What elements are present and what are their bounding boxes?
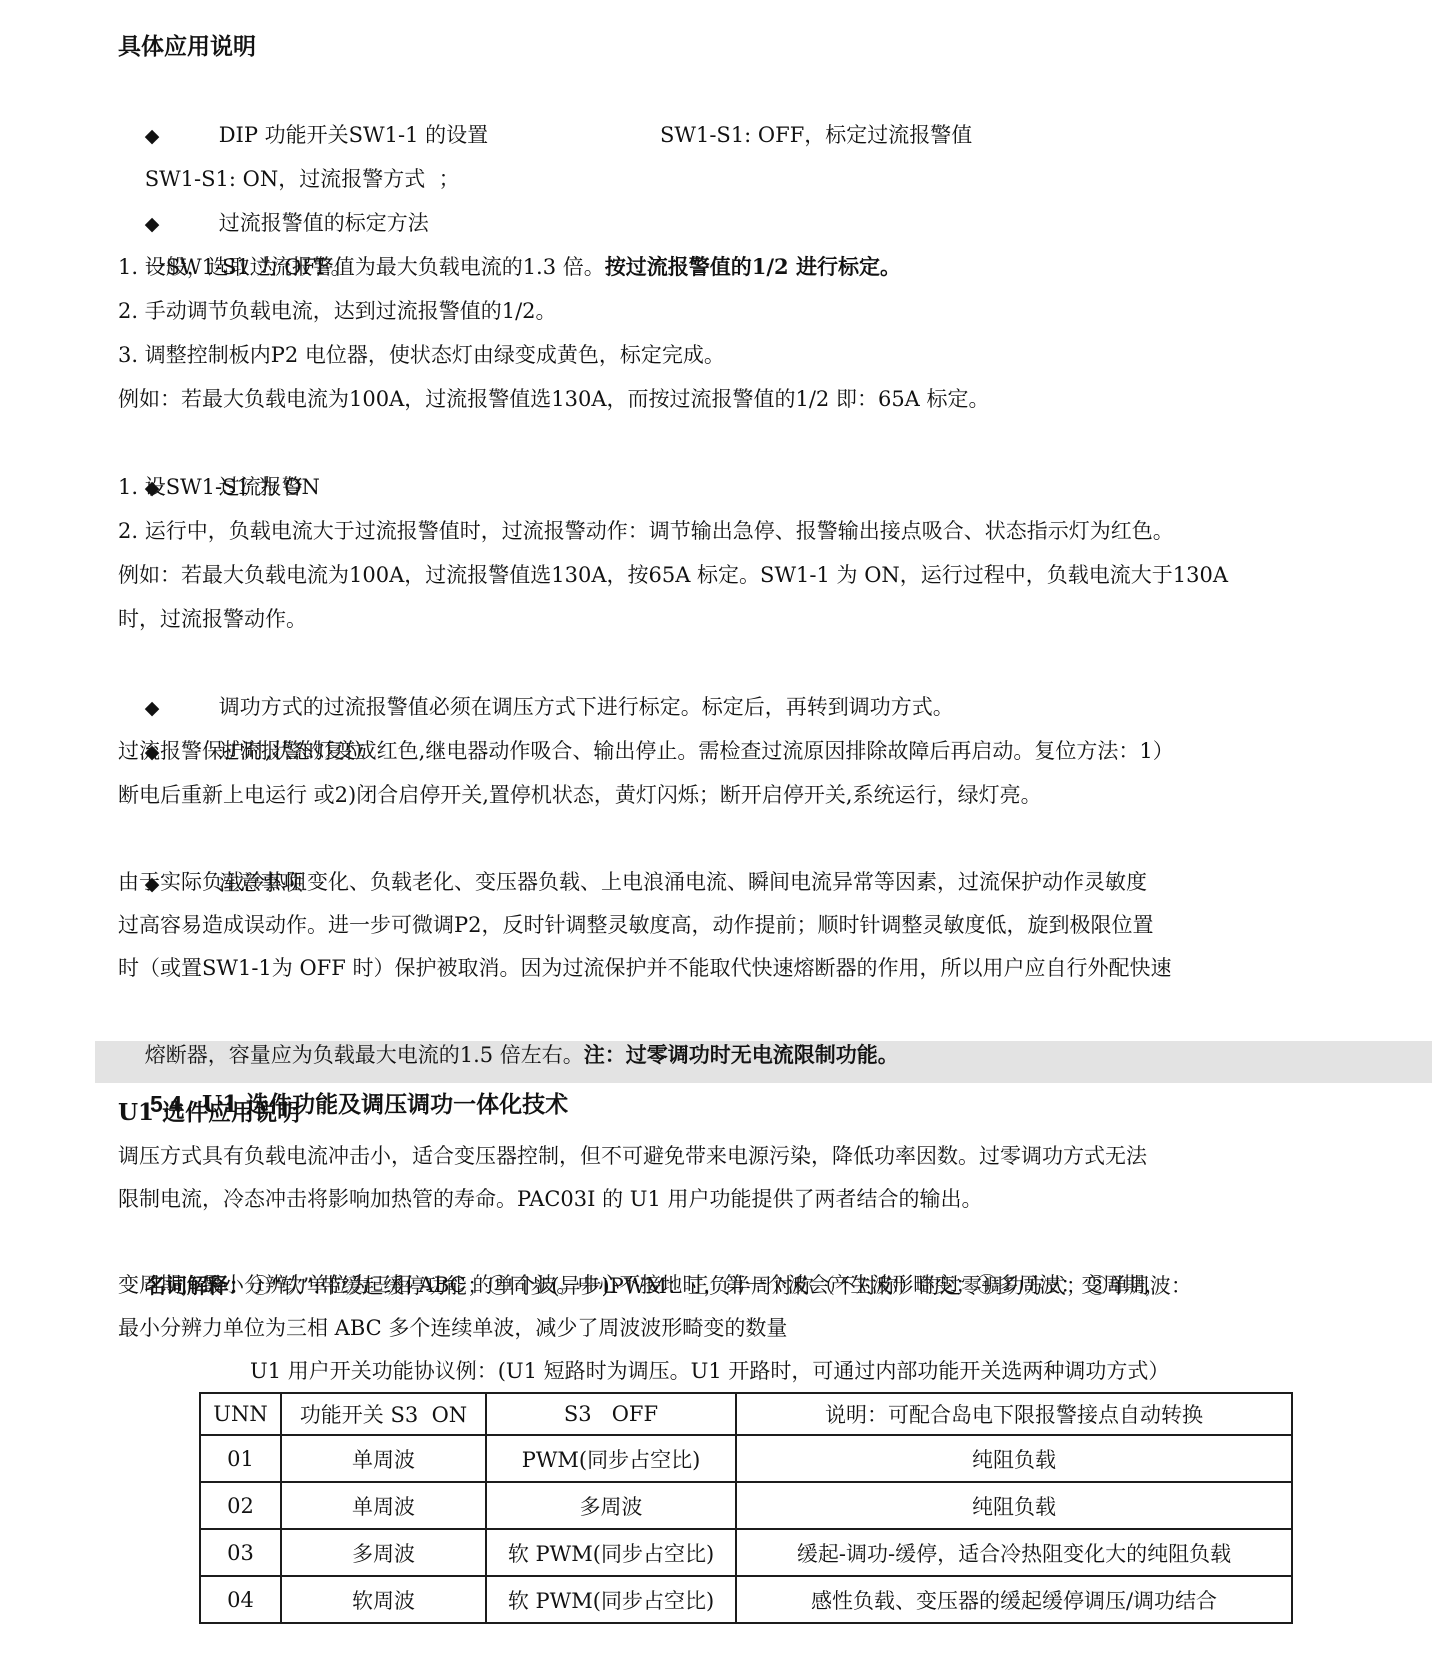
table-cell: 感性负载、变压器的缓起缓停调压/调功结合 <box>736 1576 1292 1623</box>
glossary-line-3: 最小分辨力单位为三相 ABC 多个连续单波，减少了周波波形畸变的数量 <box>118 1307 1332 1350</box>
reset-line-1: 过流报警保护时,状态灯变成红色,继电器动作吸合、输出停止。需检查过流原因排除故障… <box>118 729 1332 773</box>
u1-intro-line-2: 限制电流，冷态冲击将影响加热管的寿命。PAC03I 的 U1 用户功能提供了两者… <box>118 1178 1332 1221</box>
calibration-example: 例如：若最大负载电流为100A，过流报警值选130A，而按过流报警值的1/2 即… <box>118 377 1332 421</box>
bullet-item-dip: ◆DIP 功能开关SW1-1 的设置 <box>118 69 1332 113</box>
table-row: 01 单周波 PWM(同步占空比) 纯阻负载 <box>200 1435 1292 1482</box>
caution-line-4: 熔断器，容量应为负载最大电流的1.5 倍左右。注：过零调功时无电流限制功能。 <box>118 990 1332 1033</box>
calibration-step-2: 2. 手动调节负载电流，达到过流报警值的1/2。 <box>118 289 1332 333</box>
table-row: 04 软周波 软 PWM(同步占空比) 感性负载、变压器的缓起缓停调压/调功结合 <box>200 1576 1292 1623</box>
table-cell: 单周波 <box>281 1482 486 1529</box>
table-header-cell: UNN <box>200 1393 281 1435</box>
glossary-line-2: 变周期，最小分辨力单位为三相 ABC 的单个波。中心不接地时，第一个波会产生波形… <box>118 1264 1332 1307</box>
table-cell: 03 <box>200 1529 281 1576</box>
table-row: 02 单周波 多周波 纯阻负载 <box>200 1482 1292 1529</box>
sw-setting-row: SW1-S1: ON，过流报警方式 ； SW1-S1: OFF，标定过流报警值 <box>118 113 1332 157</box>
table-header-cell: S3 OFF <box>486 1393 736 1435</box>
table-header-cell: 说明：可配合岛电下限报警接点自动转换 <box>736 1393 1292 1435</box>
caution-line-1: 由于实际负载冷热阻变化、负载老化、变压器负载、上电浪涌电流、瞬间电流异常等因素，… <box>118 861 1332 904</box>
table-cell: 软周波 <box>281 1576 486 1623</box>
table-cell: 04 <box>200 1576 281 1623</box>
reset-line-2: 断电后重新上电运行 或2)闭合启停开关,置停机状态，黄灯闪烁；断开启停开关,系统… <box>118 773 1332 817</box>
u1-function-table: UNN 功能开关 S3 ON S3 OFF 说明：可配合岛电下限报警接点自动转换… <box>199 1392 1293 1624</box>
table-cell: 02 <box>200 1482 281 1529</box>
alarm-step-1: 1. 设SW1-S1 为 ON <box>118 465 1332 509</box>
table-cell: 纯阻负载 <box>736 1482 1292 1529</box>
table-cell: 单周波 <box>281 1435 486 1482</box>
table-cell: 软 PWM(同步占空比) <box>486 1529 736 1576</box>
document-page: 具体应用说明 ◆DIP 功能开关SW1-1 的设置 SW1-S1: ON，过流报… <box>0 0 1432 1680</box>
bullet-item-alarm: ◆过流报警 <box>118 421 1332 465</box>
bullet-item-calibration: ◆过流报警值的标定方法 <box>118 157 1332 201</box>
calibration-step-1: 1. 设SW1-S1 为 OFF。 <box>118 245 1332 289</box>
alarm-step-2: 2. 运行中，负载电流大于过流报警值时，过流报警动作：调节输出急停、报警输出接点… <box>118 509 1332 553</box>
calibration-step-3: 3. 调整控制板内P2 电位器，使状态灯由绿变成黄色，标定完成。 <box>118 333 1332 377</box>
calibration-intro: 一般，选取过流报警值为最大负载电流的1.3 倍。按过流报警值的1/2 进行标定。 <box>118 201 1332 245</box>
sw-off-text: SW1-S1: OFF，标定过流报警值 <box>660 113 972 157</box>
caution-line-2: 过高容易造成误动作。进一步可微调P2，反时针调整灵敏度高，动作提前；顺时针调整灵… <box>118 904 1332 947</box>
alarm-example-line-2: 时，过流报警动作。 <box>118 597 1332 641</box>
table-header-cell: 功能开关 S3 ON <box>281 1393 486 1435</box>
table-cell: 01 <box>200 1435 281 1482</box>
table-header-row: UNN 功能开关 S3 ON S3 OFF 说明：可配合岛电下限报警接点自动转换 <box>200 1393 1292 1435</box>
bullet-item-reset: ◆过流报警的复位 <box>118 685 1332 729</box>
caution-normal-text: 熔断器，容量应为负载最大电流的1.5 倍左右。 <box>145 1043 584 1067</box>
table-cell: 缓起-调功-缓停，适合冷热阻变化大的纯阻负载 <box>736 1529 1292 1576</box>
table-cell: 纯阻负载 <box>736 1435 1292 1482</box>
table-cell: 多周波 <box>486 1482 736 1529</box>
alarm-example-line-1: 例如：若最大负载电流为100A，过流报警值选130A，按65A 标定。SW1-1… <box>118 553 1332 597</box>
table-cell: 软 PWM(同步占空比) <box>486 1576 736 1623</box>
table-row: 03 多周波 软 PWM(同步占空比) 缓起-调功-缓停，适合冷热阻变化大的纯阻… <box>200 1529 1292 1576</box>
table-caption: U1 用户开关功能协议例：(U1 短路时为调压。U1 开路时，可通过内部功能开关… <box>250 1350 1332 1392</box>
table-cell: PWM(同步占空比) <box>486 1435 736 1482</box>
u1-intro-line-1: 调压方式具有负载电流冲击小，适合变压器控制，但不可避免带来电源污染，降低功率因数… <box>118 1135 1332 1178</box>
caution-line-3: 时（或置SW1-1为 OFF 时）保护被取消。因为过流保护并不能取代快速熔断器的… <box>118 947 1332 990</box>
page-title: 具体应用说明 <box>118 25 1332 69</box>
table-cell: 多周波 <box>281 1529 486 1576</box>
glossary-line-1: 名词解释：①“软”:带缓起缓停功能；②同步(异步)PWM：正负半周对称（不对称）… <box>118 1221 1332 1264</box>
caution-bold-text: 注：过零调功时无电流限制功能。 <box>584 1042 899 1067</box>
bullet-item-caution: ◆注意事项 <box>118 817 1332 861</box>
bullet-item-mode-note: ◆调功方式的过流报警值必须在调压方式下进行标定。标定后，再转到调功方式。 <box>118 641 1332 685</box>
